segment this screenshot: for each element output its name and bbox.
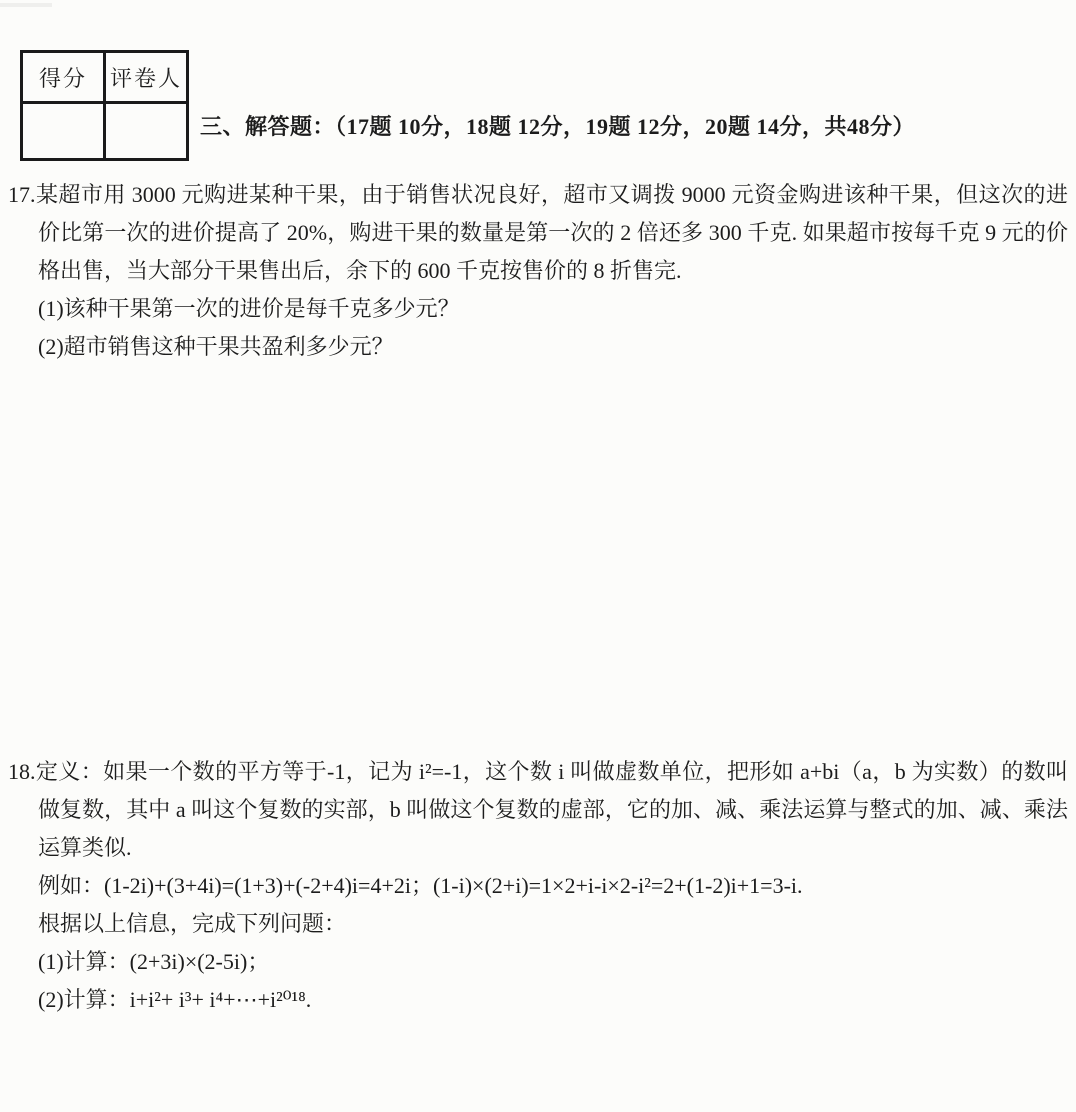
problem-17-question-2: (2)超市销售这种干果共盈利多少元？ — [38, 328, 1068, 366]
problem-18-example: 例如：(1-2i)+(3+4i)=(1+3)+(-2+4)i=4+2i；(1-i… — [38, 867, 1068, 905]
problem-17: 17.某超市用 3000 元购进某种干果，由于销售状况良好，超市又调拨 9000… — [8, 176, 1068, 366]
problem-18-statement: 18.定义：如果一个数的平方等于-1，记为 i²=-1，这个数 i 叫做虚数单位… — [8, 753, 1068, 867]
problem-18-number: 18. — [8, 759, 36, 784]
score-table: 得分 评卷人 — [20, 50, 189, 161]
score-table-header-row: 得分 评卷人 — [22, 52, 188, 103]
problem-17-statement: 17.某超市用 3000 元购进某种干果，由于销售状况良好，超市又调拨 9000… — [8, 176, 1068, 290]
exam-page: 得分 评卷人 三、解答题：（17题 10分，18题 12分，19题 12分，20… — [0, 0, 1076, 1112]
score-table-header-grader: 评卷人 — [105, 52, 188, 103]
score-table-value-row — [22, 103, 188, 160]
score-table-cell-score — [22, 103, 105, 160]
answer-space-problem-17 — [0, 368, 1076, 748]
score-table-header-score: 得分 — [22, 52, 105, 103]
problem-17-question-1: (1)该种干果第一次的进价是每千克多少元？ — [38, 290, 1068, 328]
problem-18-body: 定义：如果一个数的平方等于-1，记为 i²=-1，这个数 i 叫做虚数单位，把形… — [36, 759, 1069, 860]
problem-17-number: 17. — [8, 182, 36, 207]
problem-18: 18.定义：如果一个数的平方等于-1，记为 i²=-1，这个数 i 叫做虚数单位… — [8, 753, 1068, 1019]
problem-17-body: 某超市用 3000 元购进某种干果，由于销售状况良好，超市又调拨 9000 元资… — [36, 182, 1069, 283]
problem-18-prompt: 根据以上信息，完成下列问题： — [38, 905, 1068, 943]
problem-18-question-1: (1)计算：(2+3i)×(2-5i)； — [38, 943, 1068, 981]
section-heading: 三、解答题：（17题 10分，18题 12分，19题 12分，20题 14分，共… — [200, 110, 915, 141]
scan-artifact — [0, 3, 52, 7]
problem-18-question-2: (2)计算：i+i²+ i³+ i⁴+⋯+i²⁰¹⁸. — [38, 981, 1068, 1019]
score-table-cell-grader — [105, 103, 188, 160]
